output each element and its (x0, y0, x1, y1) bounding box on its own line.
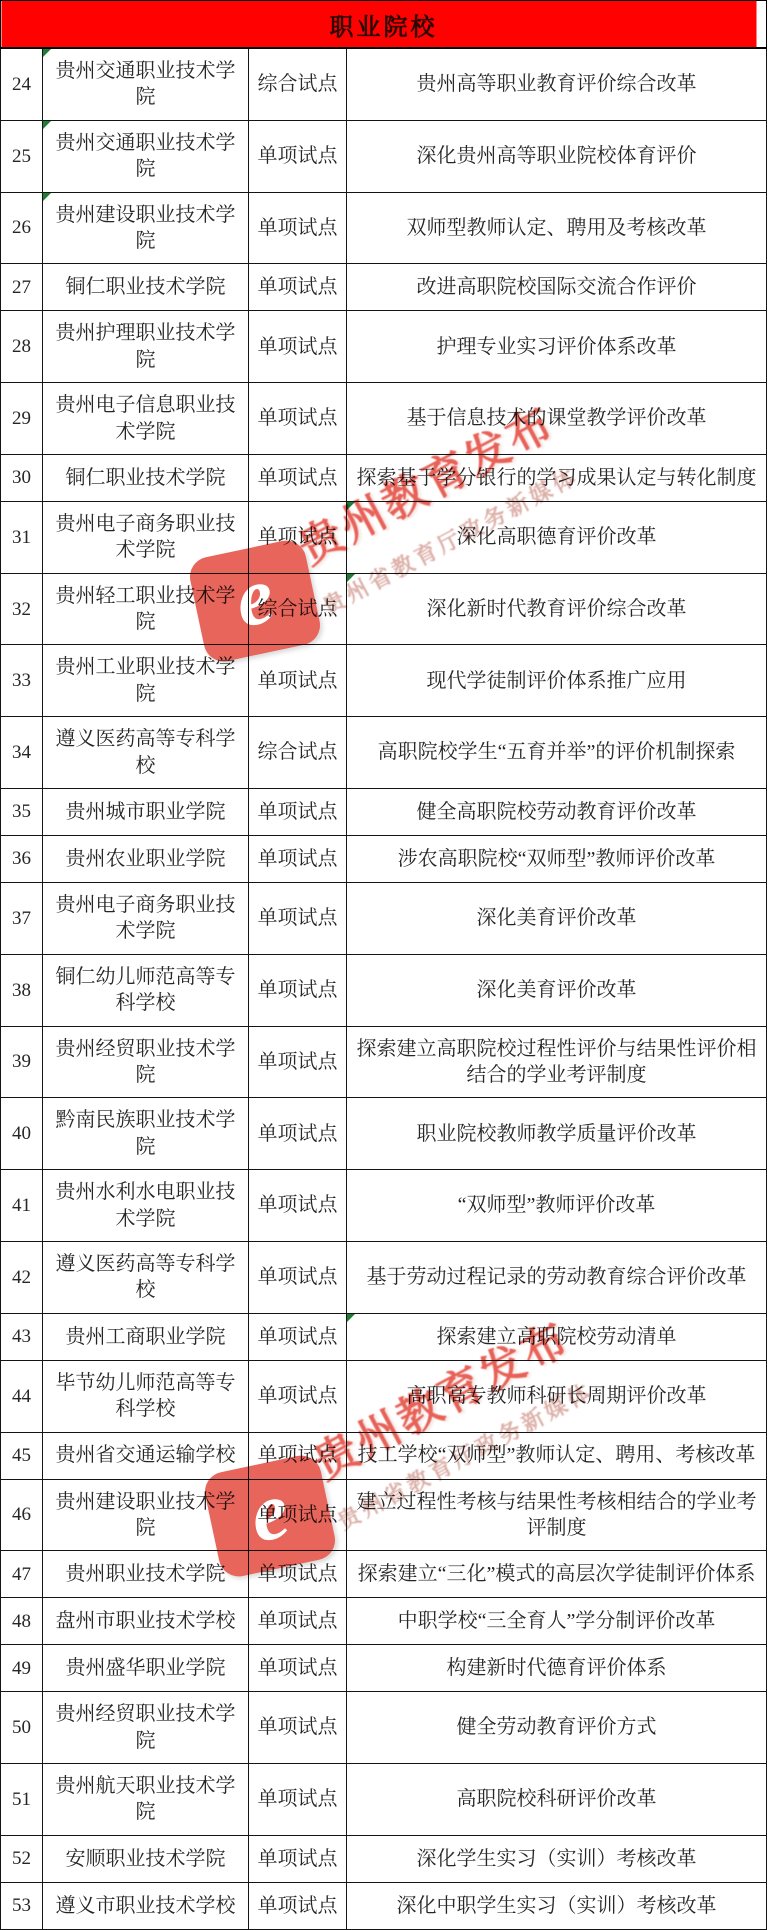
table-row: 41 贵州水利水电职业技术学院 单项试点 “双师型”教师评价改革 (1, 1170, 767, 1242)
pilot-type: 单项试点 (249, 954, 347, 1026)
row-number: 42 (1, 1241, 43, 1313)
table-row: 53 遵义市职业技术学校 单项试点 深化中职学生实习（实训）考核改革 (1, 1882, 767, 1929)
school-name: 贵州职业技术学院 (43, 1551, 249, 1598)
pilot-type: 单项试点 (249, 883, 347, 955)
school-name: 贵州经贸职业技术学院 (43, 1692, 249, 1764)
school-name: 贵州省交通运输学校 (43, 1432, 249, 1479)
table-row: 24 贵州交通职业技术学院 综合试点 贵州高等职业教育评价综合改革 (1, 48, 767, 120)
row-number: 39 (1, 1026, 43, 1098)
pilot-type: 单项试点 (249, 1313, 347, 1360)
row-number: 32 (1, 573, 43, 645)
row-number: 46 (1, 1479, 43, 1551)
school-name: 黔南民族职业技术学院 (43, 1098, 249, 1170)
school-name: 毕节幼儿师范高等专科学校 (43, 1360, 249, 1432)
pilot-type: 单项试点 (249, 264, 347, 311)
pilot-type: 单项试点 (249, 1360, 347, 1432)
pilot-type: 单项试点 (249, 1241, 347, 1313)
school-name: 贵州护理职业技术学院 (43, 311, 249, 383)
reform-topic: 贵州高等职业教育评价综合改革 (347, 48, 767, 120)
pilot-colleges-table: 职业院校 24 贵州交通职业技术学院 综合试点 贵州高等职业教育评价综合改革 2… (0, 0, 767, 1930)
reform-topic: 基于信息技术的课堂教学评价改革 (347, 383, 767, 455)
pilot-type: 单项试点 (249, 645, 347, 717)
table-row: 51 贵州航天职业技术学院 单项试点 高职院校科研评价改革 (1, 1764, 767, 1836)
school-name: 遵义市职业技术学校 (43, 1882, 249, 1929)
table-row: 30 铜仁职业技术学院 单项试点 探索基于学分银行的学习成果认定与转化制度 (1, 454, 767, 501)
reform-topic: 护理专业实习评价体系改革 (347, 311, 767, 383)
table-row: 48 盘州市职业技术学校 单项试点 中职学校“三全育人”学分制评价改革 (1, 1598, 767, 1645)
row-number: 35 (1, 789, 43, 836)
school-name: 铜仁职业技术学院 (43, 454, 249, 501)
table-row: 29 贵州电子信息职业技术学院 单项试点 基于信息技术的课堂教学评价改革 (1, 383, 767, 455)
table-row: 45 贵州省交通运输学校 单项试点 技工学校“双师型”教师认定、聘用、考核改革 (1, 1432, 767, 1479)
row-number: 30 (1, 454, 43, 501)
table-row: 44 毕节幼儿师范高等专科学校 单项试点 高职高专教师科研长周期评价改革 (1, 1360, 767, 1432)
row-number: 48 (1, 1598, 43, 1645)
school-name: 贵州轻工职业技术学院 (43, 573, 249, 645)
pilot-type: 单项试点 (249, 454, 347, 501)
school-name: 安顺职业技术学院 (43, 1835, 249, 1882)
reform-topic: 高职院校科研评价改革 (347, 1764, 767, 1836)
pilot-type: 综合试点 (249, 48, 347, 120)
reform-topic: 探索建立高职院校过程性评价与结果性评价相结合的学业考评制度 (347, 1026, 767, 1098)
reform-topic: 涉农高职院校“双师型”教师评价改革 (347, 836, 767, 883)
pilot-type: 单项试点 (249, 1598, 347, 1645)
row-number: 43 (1, 1313, 43, 1360)
row-number: 49 (1, 1645, 43, 1692)
school-name: 铜仁幼儿师范高等专科学校 (43, 954, 249, 1026)
reform-topic: 深化高职德育评价改革 (347, 501, 767, 573)
pilot-type: 单项试点 (249, 1551, 347, 1598)
reform-topic: 探索基于学分银行的学习成果认定与转化制度 (347, 454, 767, 501)
reform-topic: 改进高职院校国际交流合作评价 (347, 264, 767, 311)
pilot-type: 单项试点 (249, 1764, 347, 1836)
school-name: 贵州电子商务职业技术学院 (43, 883, 249, 955)
school-name: 贵州水利水电职业技术学院 (43, 1170, 249, 1242)
row-number: 31 (1, 501, 43, 573)
row-number: 44 (1, 1360, 43, 1432)
pilot-type: 综合试点 (249, 717, 347, 789)
pilot-type: 单项试点 (249, 383, 347, 455)
reform-topic: 深化新时代教育评价综合改革 (347, 573, 767, 645)
reform-topic: 现代学徒制评价体系推广应用 (347, 645, 767, 717)
pilot-type: 单项试点 (249, 1835, 347, 1882)
pilot-type: 单项试点 (249, 1026, 347, 1098)
pilot-type: 单项试点 (249, 192, 347, 264)
school-name: 贵州交通职业技术学院 (43, 48, 249, 120)
reform-topic: 探索建立高职院校劳动清单 (347, 1313, 767, 1360)
reform-topic: 基于劳动过程记录的劳动教育综合评价改革 (347, 1241, 767, 1313)
table-row: 26 贵州建设职业技术学院 单项试点 双师型教师认定、聘用及考核改革 (1, 192, 767, 264)
row-number: 45 (1, 1432, 43, 1479)
pilot-type: 单项试点 (249, 120, 347, 192)
pilot-type: 单项试点 (249, 836, 347, 883)
pilot-type: 单项试点 (249, 311, 347, 383)
reform-topic: 探索建立“三化”模式的高层次学徒制评价体系 (347, 1551, 767, 1598)
pilot-type: 单项试点 (249, 1692, 347, 1764)
row-number: 24 (1, 48, 43, 120)
pilot-type: 单项试点 (249, 1432, 347, 1479)
school-name: 贵州工业职业技术学院 (43, 645, 249, 717)
reform-topic: 健全高职院校劳动教育评价改革 (347, 789, 767, 836)
pilot-type: 单项试点 (249, 1645, 347, 1692)
row-number: 53 (1, 1882, 43, 1929)
reform-topic: 深化美育评价改革 (347, 883, 767, 955)
table-row: 38 铜仁幼儿师范高等专科学校 单项试点 深化美育评价改革 (1, 954, 767, 1026)
row-number: 52 (1, 1835, 43, 1882)
row-number: 47 (1, 1551, 43, 1598)
reform-topic: 深化中职学生实习（实训）考核改革 (347, 1882, 767, 1929)
table-row: 32 贵州轻工职业技术学院 综合试点 深化新时代教育评价综合改革 (1, 573, 767, 645)
pilot-type: 单项试点 (249, 1170, 347, 1242)
reform-topic: 健全劳动教育评价方式 (347, 1692, 767, 1764)
reform-topic: 职业院校教师教学质量评价改革 (347, 1098, 767, 1170)
reform-topic: 深化学生实习（实训）考核改革 (347, 1835, 767, 1882)
row-number: 26 (1, 192, 43, 264)
school-name: 贵州建设职业技术学院 (43, 1479, 249, 1551)
school-name: 贵州农业职业学院 (43, 836, 249, 883)
pilot-type: 单项试点 (249, 1882, 347, 1929)
row-number: 38 (1, 954, 43, 1026)
table-row: 39 贵州经贸职业技术学院 单项试点 探索建立高职院校过程性评价与结果性评价相结… (1, 1026, 767, 1098)
row-number: 25 (1, 120, 43, 192)
pilot-type: 单项试点 (249, 1098, 347, 1170)
pilot-type: 单项试点 (249, 789, 347, 836)
row-number: 41 (1, 1170, 43, 1242)
reform-topic: 建立过程性考核与结果性考核相结合的学业考评制度 (347, 1479, 767, 1551)
reform-topic: 技工学校“双师型”教师认定、聘用、考核改革 (347, 1432, 767, 1479)
school-name: 贵州城市职业学院 (43, 789, 249, 836)
reform-topic: 双师型教师认定、聘用及考核改革 (347, 192, 767, 264)
table-row: 37 贵州电子商务职业技术学院 单项试点 深化美育评价改革 (1, 883, 767, 955)
table-row: 42 遵义医药高等专科学校 单项试点 基于劳动过程记录的劳动教育综合评价改革 (1, 1241, 767, 1313)
section-header: 职业院校 (1, 1, 767, 49)
table-row: 50 贵州经贸职业技术学院 单项试点 健全劳动教育评价方式 (1, 1692, 767, 1764)
row-number: 29 (1, 383, 43, 455)
pilot-type: 单项试点 (249, 1479, 347, 1551)
table-row: 28 贵州护理职业技术学院 单项试点 护理专业实习评价体系改革 (1, 311, 767, 383)
pilot-type: 单项试点 (249, 501, 347, 573)
table-row: 25 贵州交通职业技术学院 单项试点 深化贵州高等职业院校体育评价 (1, 120, 767, 192)
row-number: 34 (1, 717, 43, 789)
table-row: 33 贵州工业职业技术学院 单项试点 现代学徒制评价体系推广应用 (1, 645, 767, 717)
school-name: 遵义医药高等专科学校 (43, 717, 249, 789)
row-number: 51 (1, 1764, 43, 1836)
row-number: 28 (1, 311, 43, 383)
school-name: 盘州市职业技术学校 (43, 1598, 249, 1645)
table-row: 34 遵义医药高等专科学校 综合试点 高职院校学生“五育并举”的评价机制探索 (1, 717, 767, 789)
reform-topic: 构建新时代德育评价体系 (347, 1645, 767, 1692)
table-row: 52 安顺职业技术学院 单项试点 深化学生实习（实训）考核改革 (1, 1835, 767, 1882)
school-name: 贵州交通职业技术学院 (43, 120, 249, 192)
pilot-type: 综合试点 (249, 573, 347, 645)
reform-topic: 中职学校“三全育人”学分制评价改革 (347, 1598, 767, 1645)
table-header-row: 职业院校 (1, 1, 767, 49)
school-name: 贵州航天职业技术学院 (43, 1764, 249, 1836)
row-number: 33 (1, 645, 43, 717)
school-name: 贵州电子商务职业技术学院 (43, 501, 249, 573)
reform-topic: 深化贵州高等职业院校体育评价 (347, 120, 767, 192)
table-row: 36 贵州农业职业学院 单项试点 涉农高职院校“双师型”教师评价改革 (1, 836, 767, 883)
row-number: 37 (1, 883, 43, 955)
row-number: 36 (1, 836, 43, 883)
table-body: 24 贵州交通职业技术学院 综合试点 贵州高等职业教育评价综合改革 25 贵州交… (1, 48, 767, 1929)
table-row: 31 贵州电子商务职业技术学院 单项试点 深化高职德育评价改革 (1, 501, 767, 573)
row-number: 40 (1, 1098, 43, 1170)
table-row: 40 黔南民族职业技术学院 单项试点 职业院校教师教学质量评价改革 (1, 1098, 767, 1170)
school-name: 贵州电子信息职业技术学院 (43, 383, 249, 455)
table-row: 43 贵州工商职业学院 单项试点 探索建立高职院校劳动清单 (1, 1313, 767, 1360)
reform-topic: “双师型”教师评价改革 (347, 1170, 767, 1242)
school-name: 遵义医药高等专科学校 (43, 1241, 249, 1313)
school-name: 贵州工商职业学院 (43, 1313, 249, 1360)
table-row: 27 铜仁职业技术学院 单项试点 改进高职院校国际交流合作评价 (1, 264, 767, 311)
table-row: 46 贵州建设职业技术学院 单项试点 建立过程性考核与结果性考核相结合的学业考评… (1, 1479, 767, 1551)
reform-topic: 高职高专教师科研长周期评价改革 (347, 1360, 767, 1432)
school-name: 贵州经贸职业技术学院 (43, 1026, 249, 1098)
school-name: 贵州建设职业技术学院 (43, 192, 249, 264)
school-name: 铜仁职业技术学院 (43, 264, 249, 311)
row-number: 27 (1, 264, 43, 311)
reform-topic: 高职院校学生“五育并举”的评价机制探索 (347, 717, 767, 789)
reform-topic: 深化美育评价改革 (347, 954, 767, 1026)
row-number: 50 (1, 1692, 43, 1764)
school-name: 贵州盛华职业学院 (43, 1645, 249, 1692)
table-row: 35 贵州城市职业学院 单项试点 健全高职院校劳动教育评价改革 (1, 789, 767, 836)
table-row: 49 贵州盛华职业学院 单项试点 构建新时代德育评价体系 (1, 1645, 767, 1692)
table-row: 47 贵州职业技术学院 单项试点 探索建立“三化”模式的高层次学徒制评价体系 (1, 1551, 767, 1598)
